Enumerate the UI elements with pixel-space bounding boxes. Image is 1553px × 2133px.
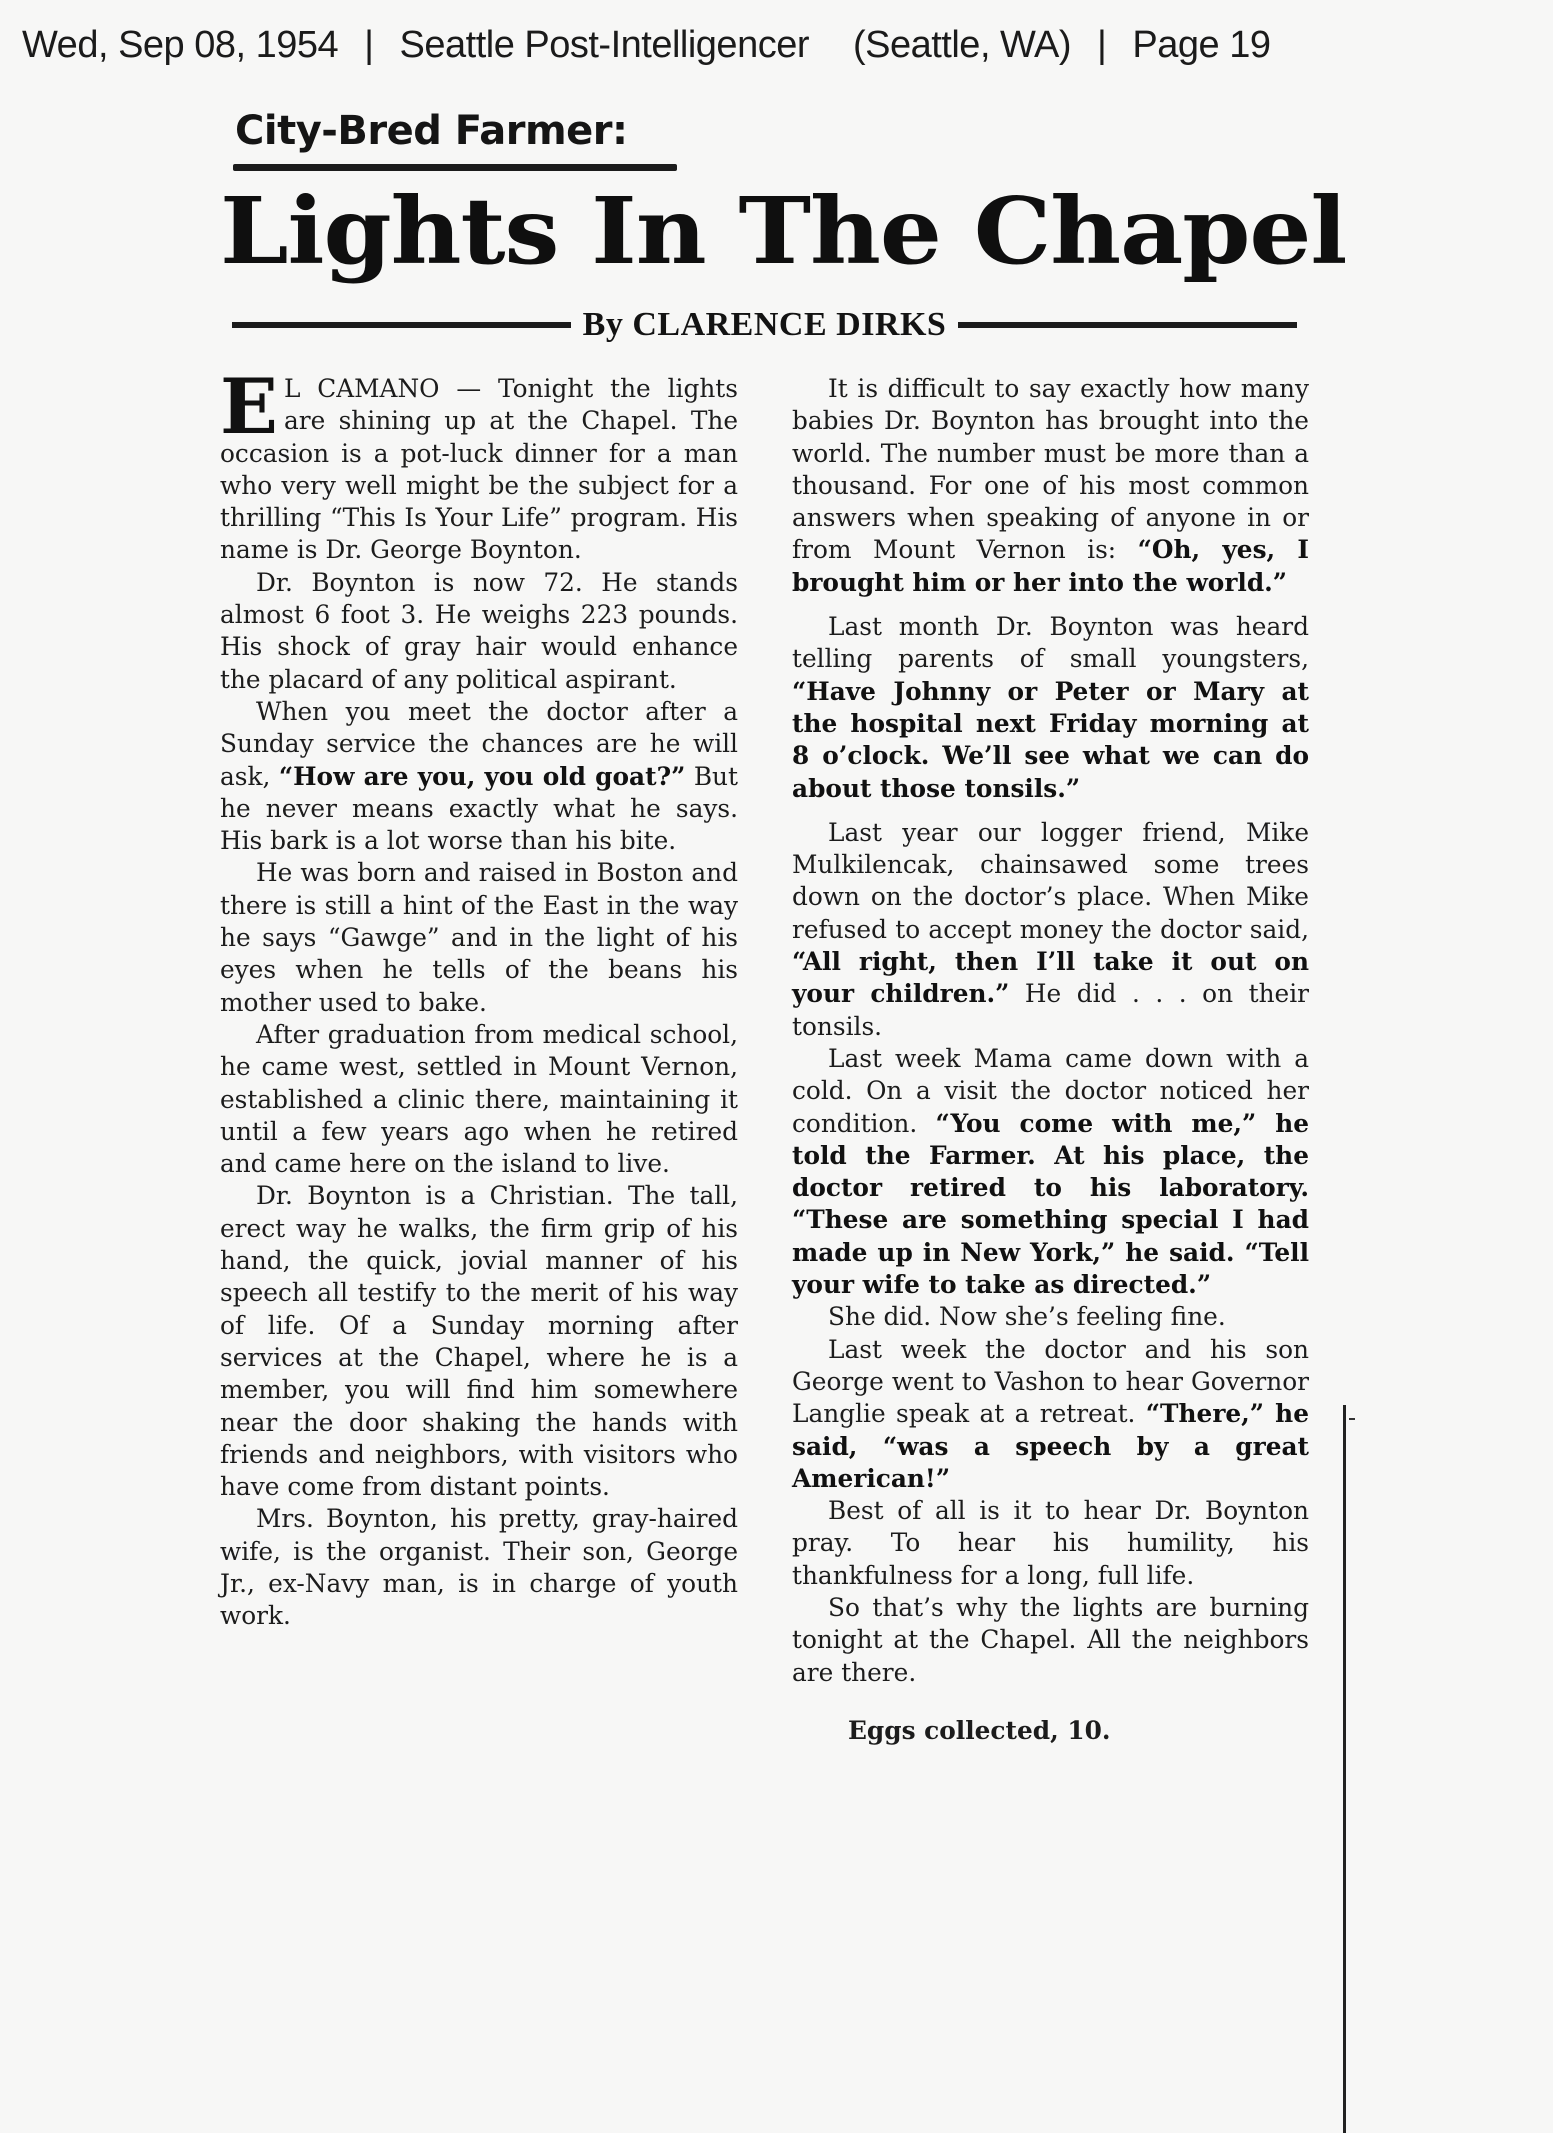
paragraph: When you meet the doctor after a Sunday … bbox=[220, 696, 738, 857]
paragraph: He was born and raised in Boston and the… bbox=[220, 857, 738, 1018]
clipping-header: Wed, Sep 08, 1954 | Seattle Post-Intelli… bbox=[0, 0, 1553, 90]
page-number: Page 19 bbox=[1132, 24, 1270, 67]
byline-row: By CLARENCE DIRKS bbox=[232, 305, 1297, 345]
column-rule bbox=[1343, 1405, 1346, 2133]
paragraph: It is difficult to say exactly how many … bbox=[792, 373, 1309, 599]
header-separator: | bbox=[1097, 24, 1106, 67]
column-rule-tick bbox=[1349, 1418, 1355, 1420]
paragraph: After graduation from medical school, he… bbox=[220, 1019, 738, 1180]
quote: “How are you, you old goat?” bbox=[279, 762, 686, 791]
article-column-left: EL CAMANO — Tonight the lights are shini… bbox=[220, 373, 738, 1633]
quote: “Have Johnny or Peter or Mary at the hos… bbox=[792, 677, 1309, 803]
paragraph: She did. Now she’s feeling fine. bbox=[792, 1301, 1309, 1333]
paragraph: Dr. Boynton is a Christian. The tall, er… bbox=[220, 1180, 738, 1503]
article-column-right: It is difficult to say exactly how many … bbox=[792, 373, 1309, 1747]
kicker-underline bbox=[233, 164, 677, 171]
paragraph: Last week Mama came down with a cold. On… bbox=[792, 1043, 1309, 1301]
drop-cap: E bbox=[220, 377, 278, 437]
paragraph: Last year our logger friend, Mike Mulkil… bbox=[792, 817, 1309, 1043]
column-kicker: City-Bred Farmer: bbox=[235, 108, 628, 154]
paragraph: Best of all is it to hear Dr. Boynton pr… bbox=[792, 1495, 1309, 1592]
paragraph: EL CAMANO — Tonight the lights are shini… bbox=[220, 373, 738, 567]
header-separator: | bbox=[364, 24, 373, 67]
publication-date: Wed, Sep 08, 1954 bbox=[22, 24, 338, 67]
paragraph: Last month Dr. Boynton was heard telling… bbox=[792, 611, 1309, 805]
signoff: Eggs collected, 10. bbox=[792, 1715, 1309, 1747]
paragraph: Dr. Boynton is now 72. He stands almost … bbox=[220, 567, 738, 696]
paragraph: So that’s why the lights are burning ton… bbox=[792, 1592, 1309, 1689]
paragraph: Last week the doctor and his son George … bbox=[792, 1334, 1309, 1495]
byline-rule-left bbox=[232, 322, 571, 328]
newspaper-location: (Seattle, WA) bbox=[853, 24, 1071, 67]
byline-rule-right bbox=[958, 322, 1297, 328]
paragraph: Mrs. Boynton, his pretty, gray-haired wi… bbox=[220, 1503, 738, 1632]
byline: By CLARENCE DIRKS bbox=[571, 306, 959, 344]
headline: Lights In The Chapel bbox=[220, 185, 1407, 277]
newspaper-name: Seattle Post-Intelligencer bbox=[400, 24, 809, 67]
